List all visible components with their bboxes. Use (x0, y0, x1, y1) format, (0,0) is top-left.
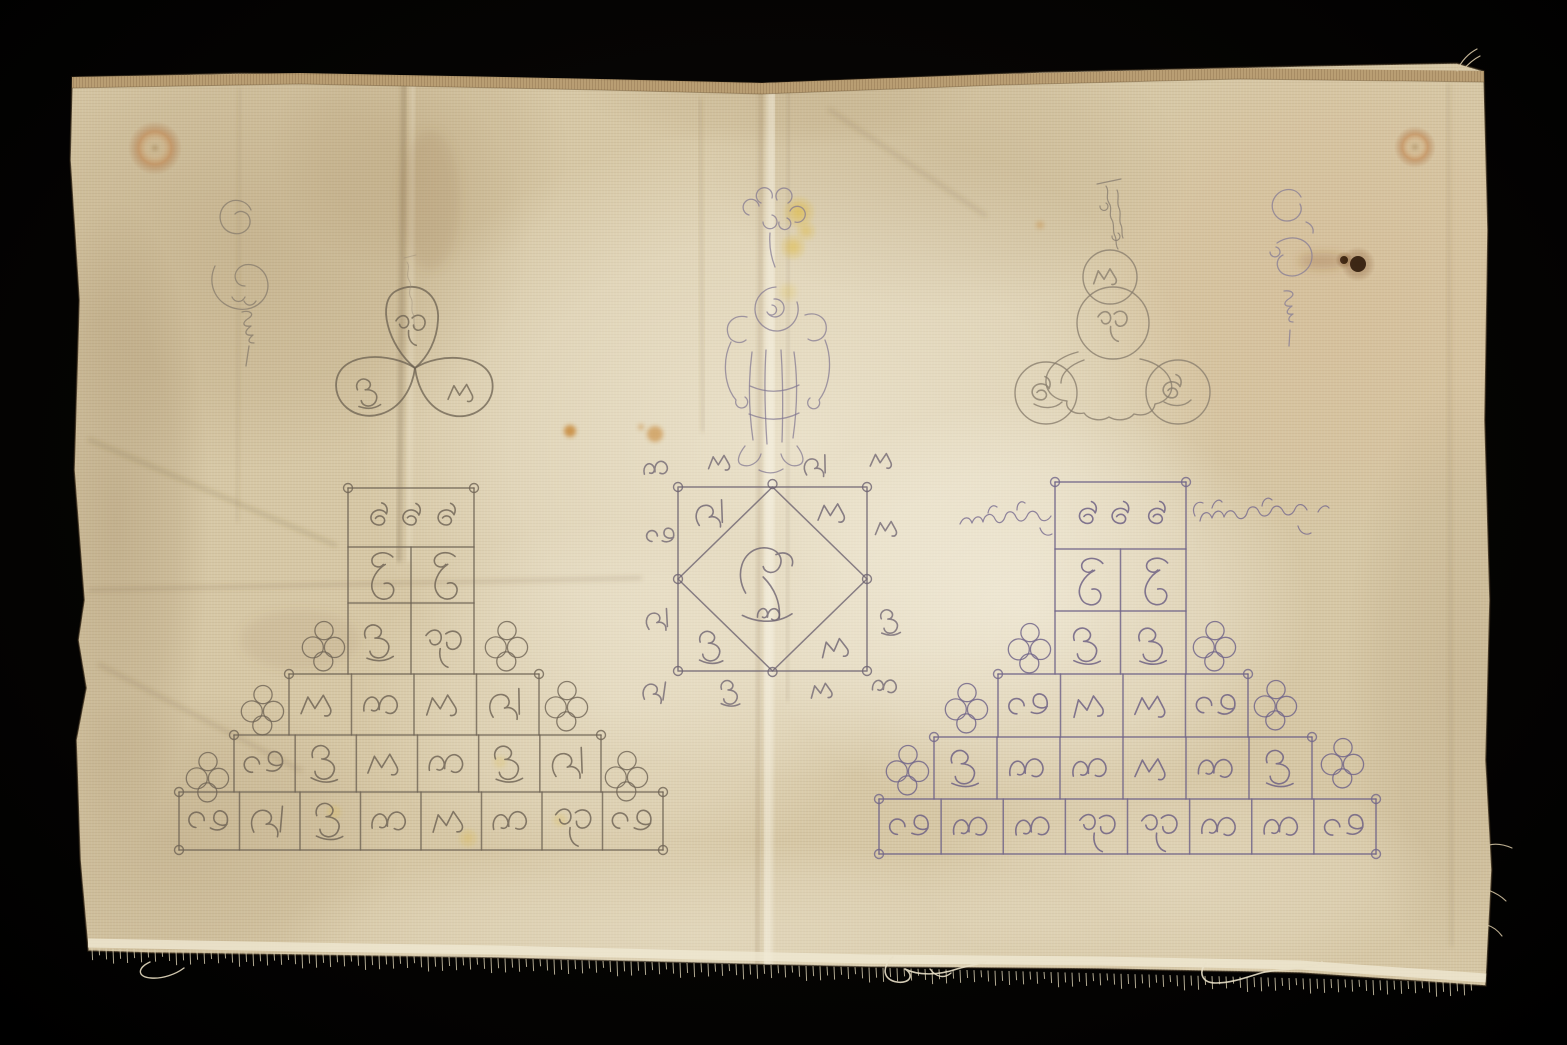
cloth-fabric (0, 10, 1567, 1030)
yantra-cloth-photograph (0, 0, 1567, 1045)
photo-scene (0, 0, 1567, 1045)
